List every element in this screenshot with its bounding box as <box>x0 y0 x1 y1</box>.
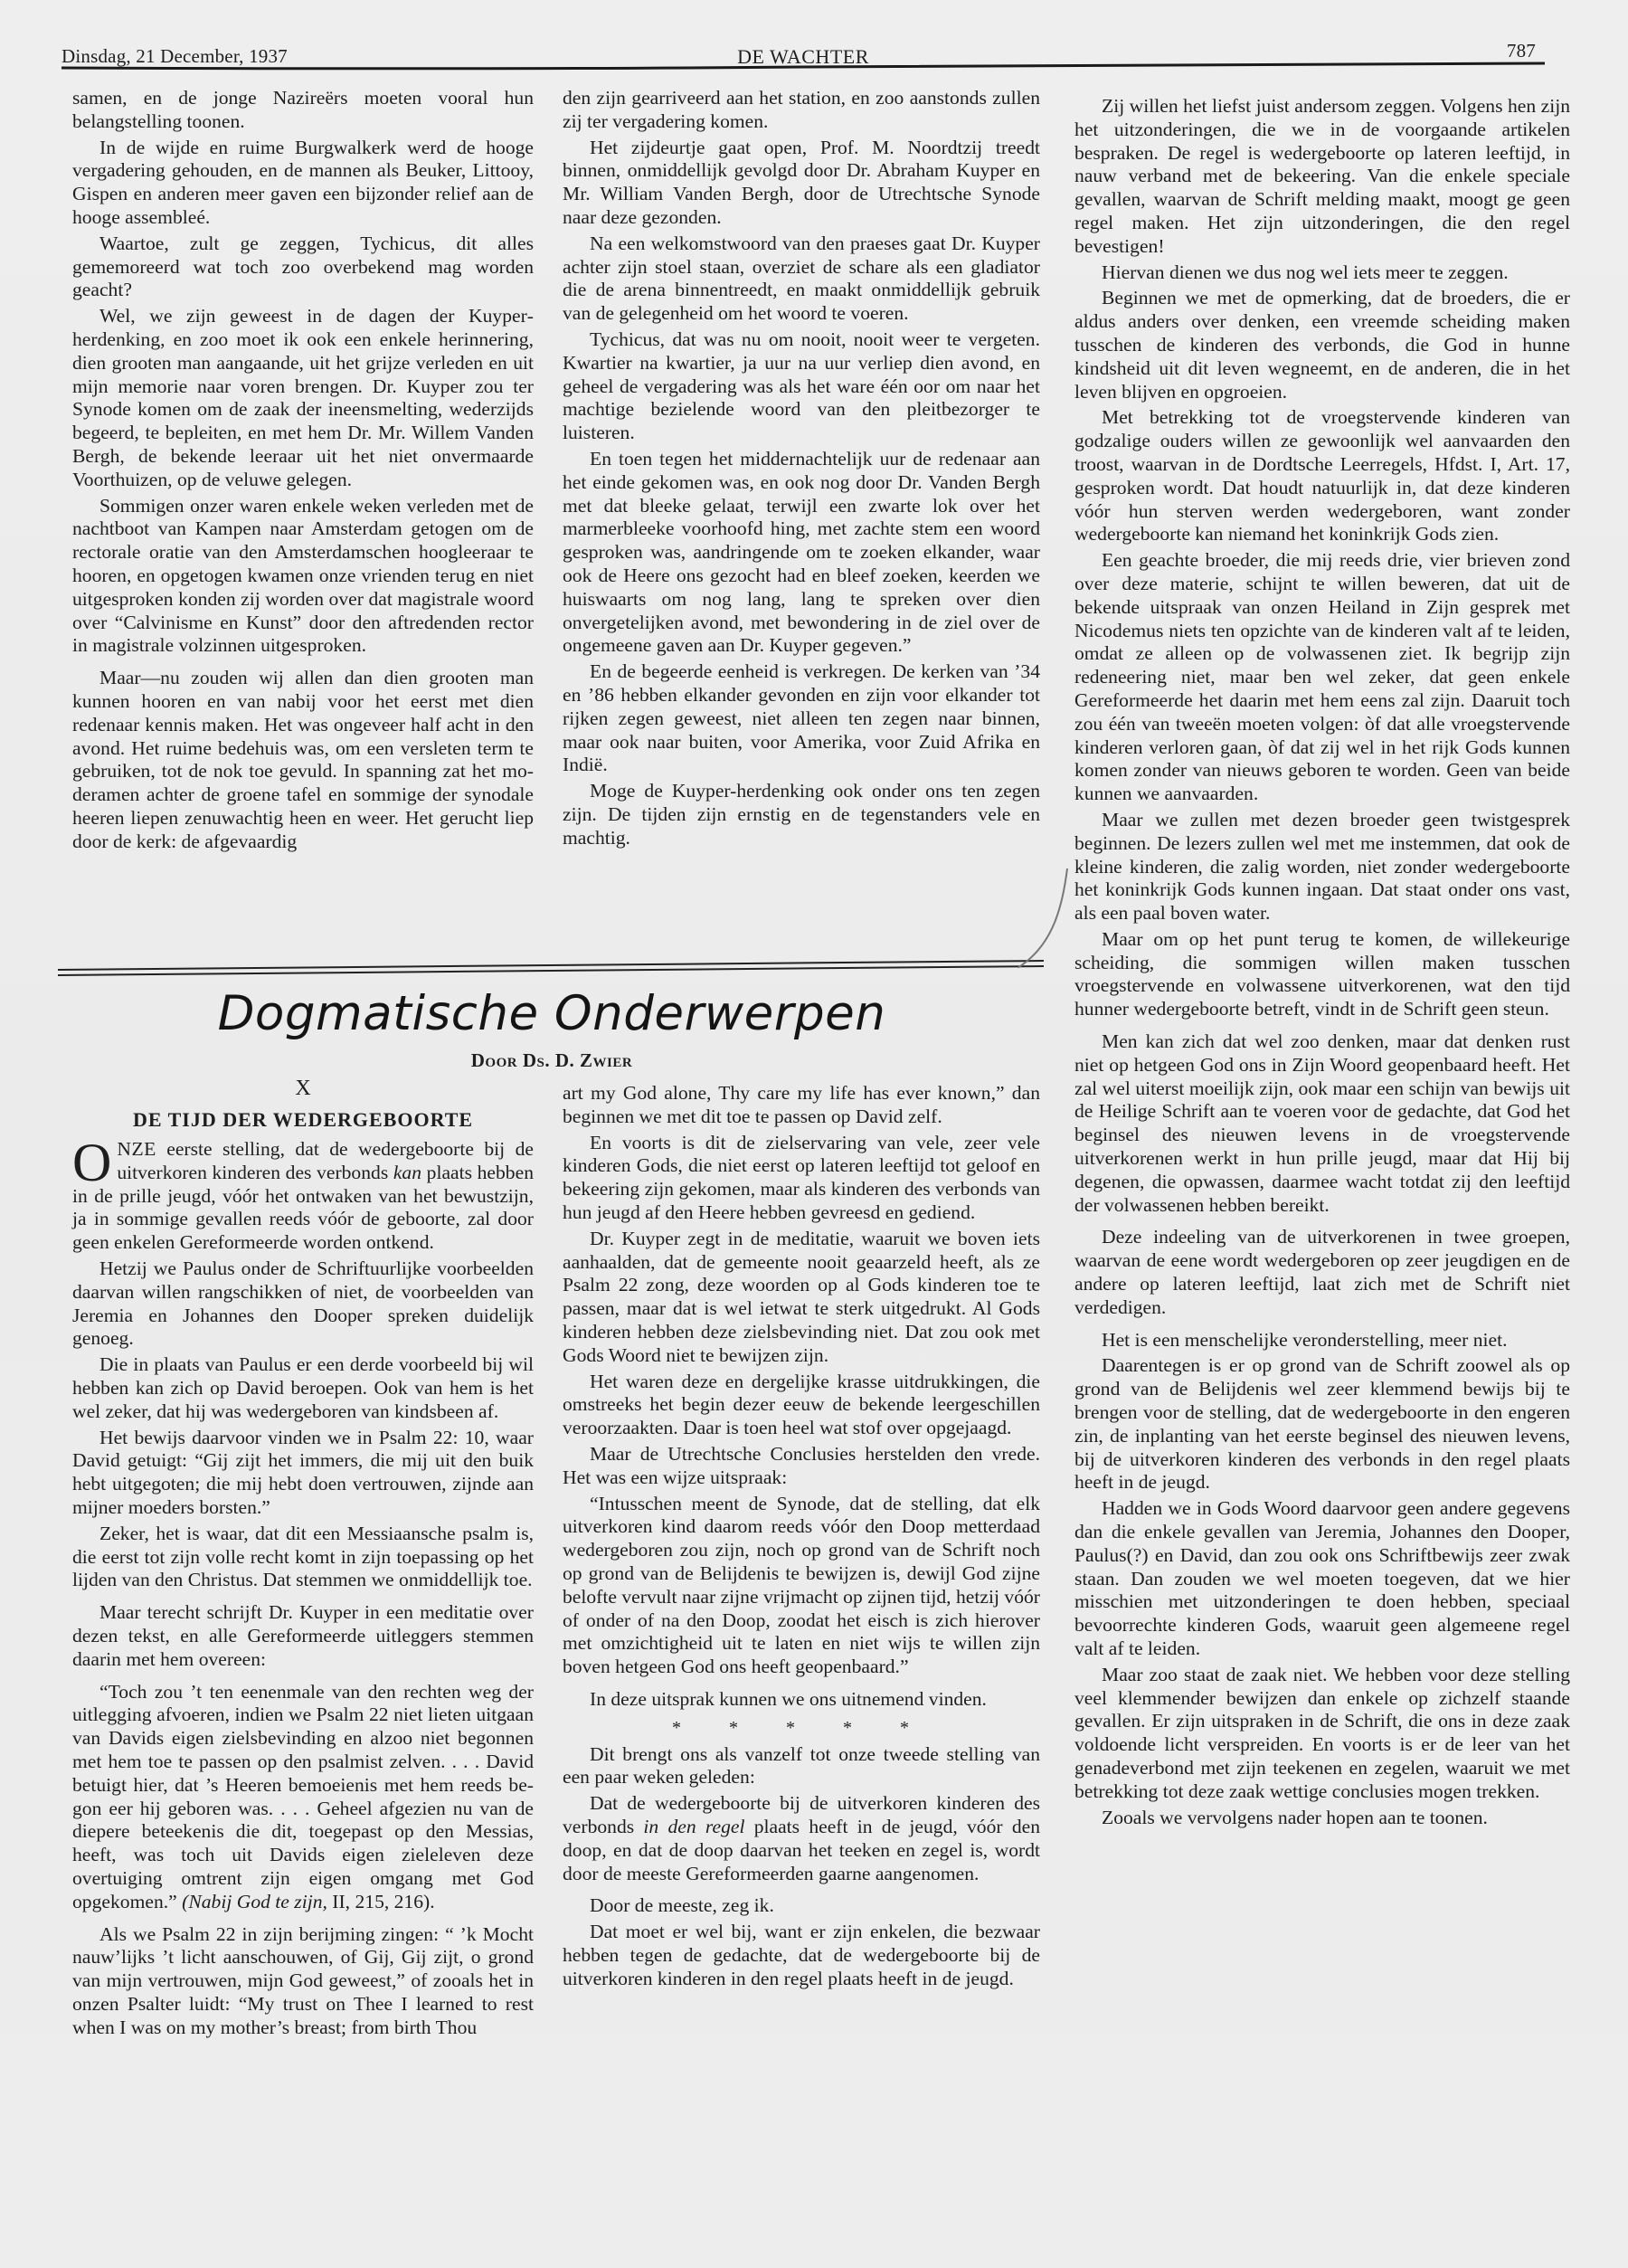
paragraph: Deze indeeling van de uitverkorenen in t… <box>1074 1226 1570 1319</box>
page-number: 787 <box>1507 40 1536 62</box>
paragraph: Als we Psalm 22 in zijn berijming zingen… <box>72 1923 534 2040</box>
paragraph: Zooals we vervolgens nader hopen aan te … <box>1074 1807 1570 1830</box>
article-column-1: ONZE eerste stelling, dat de wedergeboor… <box>72 1138 534 2042</box>
citation: (Nabij God te zijn, <box>182 1891 327 1912</box>
paragraph: Beginnen we met de opmerking, dat de bro… <box>1074 287 1570 403</box>
paragraph: Het waren deze en dergelijke krasse uitd… <box>563 1371 1040 1440</box>
paragraph: Na een welkomstwoord van den praeses gaa… <box>563 232 1040 326</box>
paragraph: Maar de Utrechtsche Conclusies herstelde… <box>563 1443 1040 1490</box>
paragraph: Maar zoo staat de zaak niet. We hebben v… <box>1074 1664 1570 1804</box>
paragraph: Een geachte broeder, die mij reeds drie,… <box>1074 549 1570 806</box>
top-article-column-1: samen, en de jonge Nazireërs moeten voor… <box>72 87 534 857</box>
paragraph: Dit brengt ons als vanzelf tot onze twee… <box>563 1743 1040 1790</box>
paragraph: Dat moet er wel bij, want er zijn enkele… <box>563 1921 1040 1990</box>
lead-paragraph: ONZE eerste stelling, dat de wedergeboor… <box>72 1138 534 1255</box>
paragraph: Men kan zich dat wel zoo denken, maar da… <box>1074 1030 1570 1217</box>
thesis-paragraph: Dat de wedergeboorte bij de uitverkoren … <box>563 1792 1040 1885</box>
paragraph: Het zijdeurtje gaat open, Prof. M. Noord… <box>563 137 1040 230</box>
paragraph: En toen tegen het middernachtelijk uur d… <box>563 448 1040 658</box>
kuyper-quote: “Toch zou ’t ten eenenmale van den recht… <box>72 1681 534 1914</box>
paragraph: Zeker, het is waar, dat dit een Messiaan… <box>72 1523 534 1592</box>
paragraph: Maar om op het punt terug te komen, de w… <box>1074 928 1570 1021</box>
article-number: X <box>72 1077 534 1101</box>
paragraph: Die in plaats van Paulus er een derde vo… <box>72 1353 534 1423</box>
paragraph: Hadden we in Gods Woord daarvoor geen an… <box>1074 1497 1570 1661</box>
paragraph: Het bewijs daarvoor vinden we in Psalm 2… <box>72 1427 534 1520</box>
paragraph: samen, en de jonge Nazireërs moeten voor… <box>72 87 534 134</box>
article-subtitle: DE TIJD DER WEDERGEBOORTE <box>72 1108 534 1132</box>
paragraph: Het is een menschelijke veronderstelling… <box>1074 1329 1570 1352</box>
paragraph: Moge de Kuyper-herdenking ook onder ons … <box>563 780 1040 849</box>
article-title: Dogmatische Onderwerpen <box>54 986 1049 1041</box>
paragraph: art my God alone, Thy care my life has e… <box>563 1082 1040 1129</box>
paragraph: In deze uitsprak kunnen we ons uitnemend… <box>563 1688 1040 1712</box>
paragraph: Door de meeste, zeg ik. <box>563 1894 1040 1918</box>
paragraph: Wel, we zijn geweest in de dagen der Kuy… <box>72 305 534 491</box>
paragraph: Maar terecht schrijft Dr. Kuyper in een … <box>72 1601 534 1671</box>
section-separator: * * * * * <box>563 1717 1040 1741</box>
paragraph: Maar—nu zouden wij allen dan dien groote… <box>72 667 534 853</box>
article-column-3: Zij willen het liefst juist andersom zeg… <box>1074 95 1570 1832</box>
synod-quote: “Intusschen meent de Synode, dat de stel… <box>563 1493 1040 1679</box>
article-byline: Door Ds. D. Zwier <box>54 1049 1049 1072</box>
paragraph: den zijn gearriveerd aan het station, en… <box>563 87 1040 134</box>
paragraph: Waartoe, zult ge zeggen, Tychicus, dit a… <box>72 232 534 302</box>
paragraph: Hetzij we Paulus onder de Schriftuurlijk… <box>72 1257 534 1351</box>
article-column-2: art my God alone, Thy care my life has e… <box>563 1082 1040 1993</box>
paragraph: Sommigen onzer waren enkele weken verled… <box>72 495 534 659</box>
paragraph: Zij willen het liefst juist andersom zeg… <box>1074 95 1570 259</box>
paragraph: Tychicus, dat was nu om nooit, nooit wee… <box>563 328 1040 445</box>
paragraph: Dr. Kuyper zegt in de meditatie, waaruit… <box>563 1228 1040 1368</box>
article-divider-rule <box>58 952 1044 979</box>
paragraph: Hiervan dienen we dus nog wel iets meer … <box>1074 261 1570 285</box>
paragraph: Daarentegen is er op grond van de Schrif… <box>1074 1354 1570 1495</box>
lead-word: NZE <box>117 1138 156 1160</box>
paragraph: Maar we zullen met dezen broeder geen tw… <box>1074 809 1570 925</box>
paragraph: Met betrekking tot de vroegstervende kin… <box>1074 406 1570 546</box>
paragraph: In de wijde en ruime Burgwalkerk werd de… <box>72 137 534 230</box>
header-rule <box>62 62 1545 71</box>
drop-cap: O <box>72 1142 117 1183</box>
paragraph: En de begeerde eenheid is verkregen. De … <box>563 660 1040 777</box>
newspaper-page: Dinsdag, 21 December, 1937 DE WACHTER 78… <box>0 0 1628 2268</box>
paragraph: En voorts is dit de zielservaring van ve… <box>563 1132 1040 1225</box>
top-article-column-2: den zijn gearriveerd aan het station, en… <box>563 87 1040 853</box>
